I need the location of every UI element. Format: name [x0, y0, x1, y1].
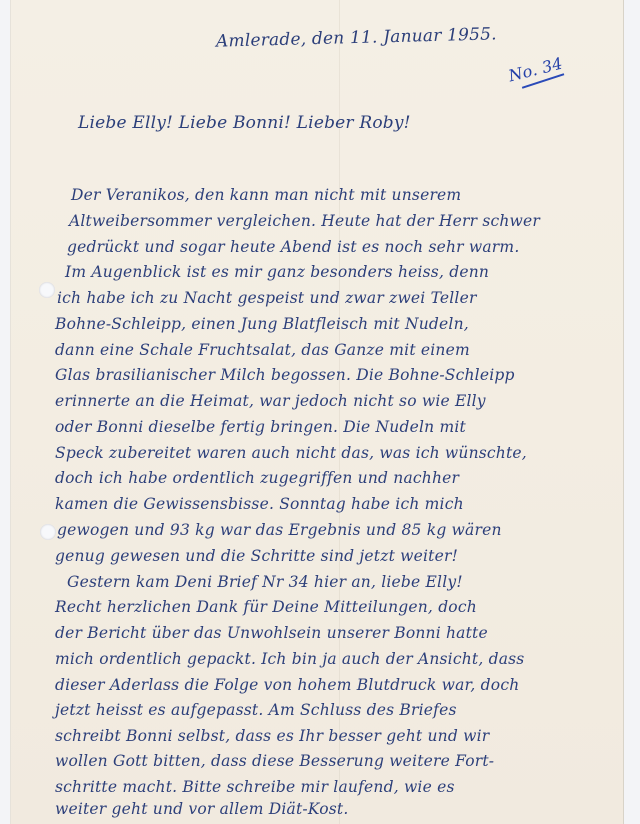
place-date-line: Amlerade, den 11. Januar 1955.: [216, 24, 497, 51]
body-line: Speck zubereitet waren auch nicht das, w…: [55, 444, 527, 462]
letter-page: Amlerade, den 11. Januar 1955. No. 34 Li…: [11, 0, 623, 824]
body-line: Glas brasilianischer Milch begossen. Die…: [55, 366, 515, 384]
body-line: weiter geht und vor allem Diät-Kost.: [55, 800, 348, 818]
body-line: mich ordentlich gepackt. Ich bin ja auch…: [55, 650, 524, 668]
body-line: jetzt heisst es aufgepasst. Am Schluss d…: [55, 701, 457, 719]
salutation: Liebe Elly! Liebe Bonni! Lieber Roby!: [78, 113, 411, 133]
body-line: erinnerte an die Heimat, war jedoch nich…: [55, 392, 486, 410]
body-line: Recht herzlichen Dank für Deine Mitteilu…: [55, 598, 477, 616]
body-line: gedrückt und sogar heute Abend ist es no…: [67, 238, 519, 256]
body-line: ich habe ich zu Nacht gespeist und zwar …: [57, 289, 477, 307]
body-line: schreibt Bonni selbst, dass es Ihr besse…: [55, 727, 489, 745]
punch-hole-top: [39, 282, 55, 298]
body-line: Im Augenblick ist es mir ganz besonders …: [65, 263, 489, 281]
body-line: Gestern kam Deni Brief Nr 34 hier an, li…: [67, 573, 463, 591]
body-line: Der Veranikos, den kann man nicht mit un…: [71, 186, 461, 204]
body-line: gewogen und 93 kg war das Ergebnis und 8…: [57, 521, 502, 539]
body-line: dieser Aderlass die Folge von hohem Blut…: [55, 676, 519, 694]
body-line: der Bericht über das Unwohlsein unserer …: [55, 624, 488, 642]
letter-number-annotation: No. 34: [507, 54, 565, 86]
body-line: Bohne-Schleipp, einen Jung Blatfleisch m…: [55, 315, 469, 333]
body-line: genug gewesen und die Schritte sind jetz…: [55, 547, 458, 565]
body-line: kamen die Gewissensbisse. Sonntag habe i…: [55, 495, 464, 513]
punch-hole-bottom: [40, 524, 56, 540]
body-line: Altweibersommer vergleichen. Heute hat d…: [69, 212, 540, 230]
body-line: oder Bonni dieselbe fertig bringen. Die …: [55, 418, 466, 436]
body-line: schritte macht. Bitte schreibe mir laufe…: [55, 778, 455, 796]
body-line: dann eine Schale Fruchtsalat, das Ganze …: [55, 341, 470, 359]
body-line: wollen Gott bitten, dass diese Besserung…: [55, 752, 494, 770]
body-line: doch ich habe ordentlich zugegriffen und…: [55, 469, 459, 487]
